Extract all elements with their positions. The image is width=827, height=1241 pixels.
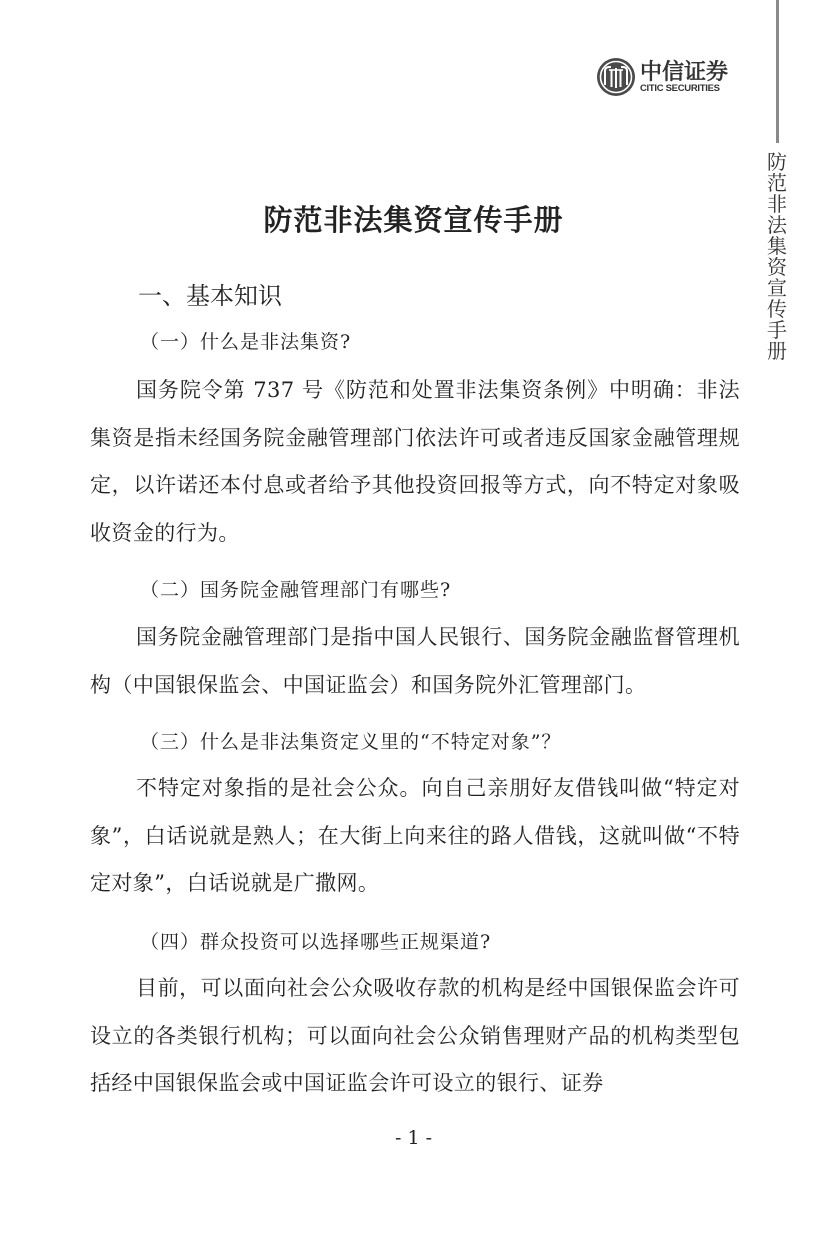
section-heading: 一、基本知识 bbox=[138, 278, 282, 314]
side-vertical-title: 防范非法集资宣传手册 bbox=[766, 152, 788, 362]
document-page: 防范非法集资宣传手册 中信证券 CITIC SECURITIES 防范非法集资宣… bbox=[0, 0, 827, 1241]
paragraph-1: 国务院令第 737 号《防范和处置非法集资条例》中明确：非法集资是指未经国务院金… bbox=[90, 367, 740, 557]
page-number: - 1 - bbox=[0, 1125, 827, 1151]
subsection-heading-2: （二）国务院金融管理部门有哪些? bbox=[140, 575, 451, 605]
logo-name-en: CITIC SECURITIES bbox=[640, 84, 728, 94]
paragraph-2: 国务院金融管理部门是指中国人民银行、国务院金融监督管理机构（中国银保监会、中国证… bbox=[90, 614, 740, 709]
paragraph-3: 不特定对象指的是社会公众。向自己亲朋好友借钱叫做“特定对象”，白话说就是熟人；在… bbox=[90, 765, 740, 908]
citic-logo-icon bbox=[596, 57, 636, 97]
paragraph-4: 目前，可以面向社会公众吸收存款的机构是经中国银保监会许可设立的各类银行机构；可以… bbox=[90, 965, 740, 1108]
subsection-heading-1: （一）什么是非法集资? bbox=[140, 327, 351, 357]
side-divider-line bbox=[776, 0, 779, 143]
citic-logo: 中信证券 CITIC SECURITIES bbox=[596, 56, 728, 98]
subsection-heading-4: （四）群众投资可以选择哪些正规渠道? bbox=[140, 927, 491, 957]
subsection-heading-3: （三）什么是非法集资定义里的“不特定对象”？ bbox=[140, 727, 561, 757]
logo-name-cn: 中信证券 bbox=[640, 60, 728, 84]
document-title: 防范非法集资宣传手册 bbox=[0, 198, 827, 242]
